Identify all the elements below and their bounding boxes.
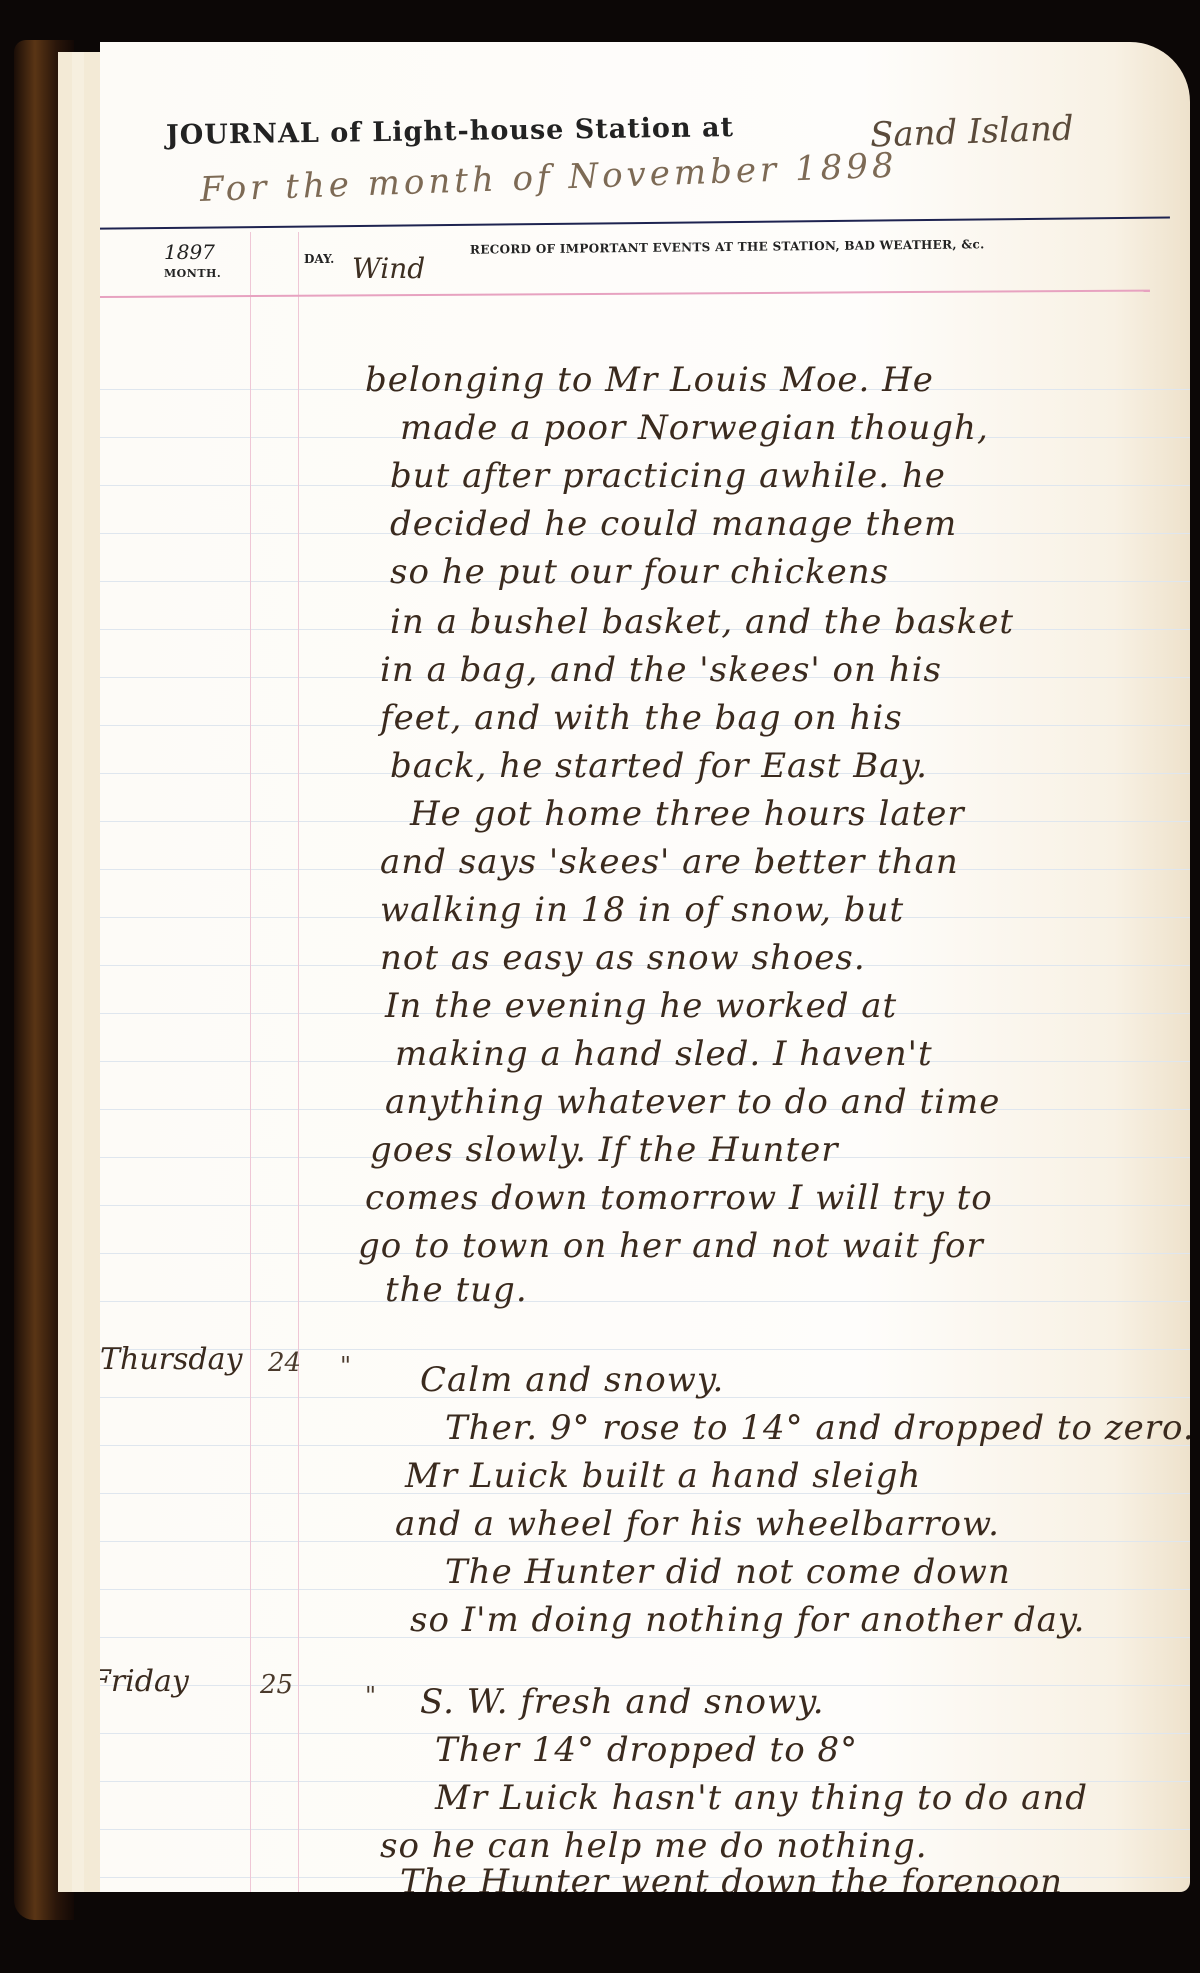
entry-line: In the evening he worked at	[385, 986, 897, 1026]
year-column-header: 1897	[164, 240, 215, 264]
entry-line: Ther. 9° rose to 14° and dropped to zero…	[445, 1408, 1190, 1448]
entry-line: decided he could manage them	[390, 504, 957, 544]
entry-line: Mr Luick built a hand sleigh	[405, 1456, 921, 1496]
entry-line: Mr Luick hasn't any thing to do and	[435, 1778, 1088, 1818]
entry-line: feet, and with the bag on his	[380, 698, 903, 738]
entry-line: but after practicing awhile. he	[390, 456, 946, 496]
column-header-rule	[100, 290, 1150, 298]
entry-line: and a wheel for his wheelbarrow.	[395, 1504, 1000, 1544]
month-column-divider	[250, 232, 251, 1892]
entry-line: belonging to Mr Louis Moe. He	[365, 360, 934, 400]
month-column-header: MONTH.	[164, 267, 221, 280]
printed-title: JOURNAL of Light-house Station at	[166, 112, 734, 151]
entry-line: comes down tomorrow I will try to	[365, 1178, 993, 1218]
header-rule	[100, 216, 1170, 230]
entry-line: made a poor Norwegian though,	[400, 408, 989, 448]
entry-line: He got home three hours later	[410, 794, 965, 834]
entry-line: anything whatever to do and time	[385, 1082, 1000, 1122]
entry-line: so he put our four chickens	[390, 552, 889, 592]
entry-line: not as easy as snow shoes.	[380, 938, 866, 978]
entry-line: goes slowly. If the Hunter	[370, 1130, 838, 1170]
station-name: Sand Island	[869, 108, 1074, 155]
entry-line: so he can help me do nothing.	[380, 1826, 928, 1866]
entry-line: making a hand sled. I haven't	[395, 1034, 933, 1074]
entry-line: The Hunter went down the forenoon	[400, 1862, 1063, 1892]
entry-line: Ther 14° dropped to 8°	[435, 1730, 858, 1770]
day-number: 24	[268, 1348, 301, 1378]
entry-line: back, he started for East Bay.	[390, 746, 928, 786]
entry-line: in a bag, and the 'skees' on his	[380, 650, 942, 690]
record-column-header: RECORD OF IMPORTANT EVENTS AT THE STATIO…	[470, 237, 985, 256]
day-name: Friday	[100, 1664, 189, 1699]
day-number: 25	[260, 1670, 293, 1700]
entry-line: Calm and snowy.	[420, 1360, 724, 1400]
entry-line: walking in 18 in of snow, but	[380, 890, 904, 930]
wind-ditto: "	[340, 1352, 351, 1380]
wind-column-header: Wind	[352, 252, 425, 285]
entry-line: The Hunter did not come down	[445, 1552, 1011, 1592]
entry-line: S. W. fresh and snowy.	[420, 1682, 825, 1722]
entry-line: so I'm doing nothing for another day.	[410, 1600, 1085, 1640]
day-column-header: DAY.	[304, 252, 334, 266]
month-line: For the month of November 1898	[199, 146, 898, 210]
entry-line: go to town on her and not wait for	[358, 1226, 984, 1266]
entry-line: and says 'skees' are better than	[380, 842, 959, 882]
day-name: Thursday	[100, 1342, 242, 1377]
entry-line: the tug.	[385, 1270, 528, 1310]
page-title: JOURNAL of Light-house Station at	[166, 112, 734, 151]
wind-ditto: "	[365, 1682, 376, 1710]
day-column-divider	[298, 232, 299, 1892]
entry-line: in a bushel basket, and the basket	[390, 602, 1014, 642]
journal-page: JOURNAL of Light-house Station at Sand I…	[100, 42, 1190, 1892]
